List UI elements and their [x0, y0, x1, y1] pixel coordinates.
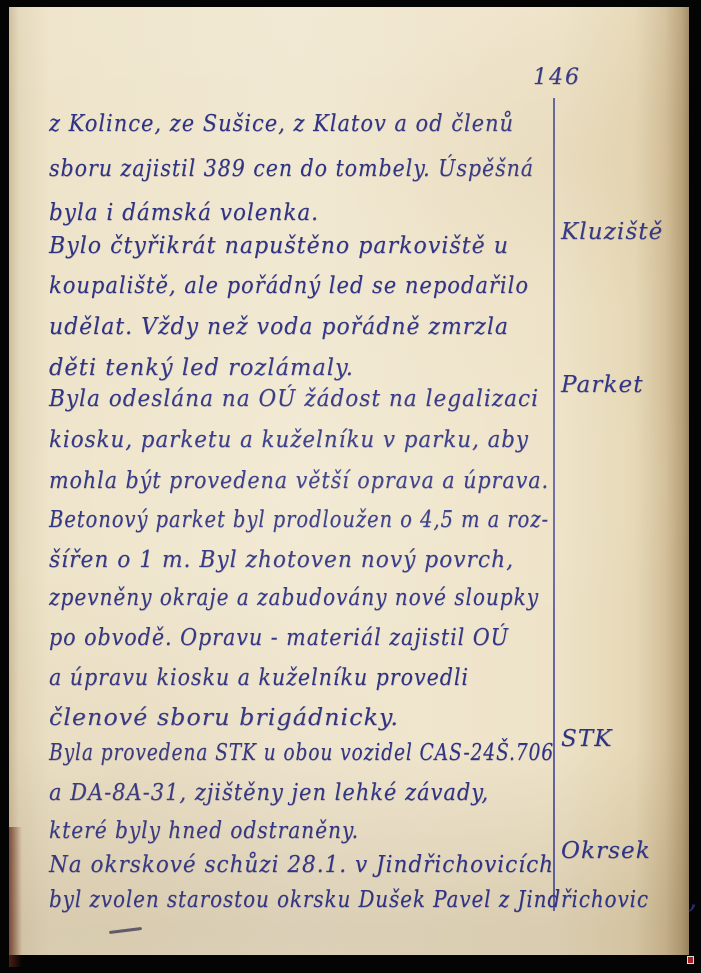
text-line: děti tenký led rozlámaly. — [49, 355, 362, 389]
margin-note: Parket — [561, 372, 644, 398]
text-line: Byla provedena STK u obou vozidel CAS-24… — [49, 740, 673, 774]
line-text: děti tenký led rozlámaly. — [49, 355, 354, 381]
line-text: a úpravu kiosku a kuželníku provedli — [49, 665, 469, 691]
handwritten-text: z Kolince, ze Sušice, z Klatov a od člen… — [9, 7, 689, 955]
text-line: byla i dámská volenka. — [49, 200, 339, 234]
line-text: koupaliště, ale pořádný led se nepodařil… — [49, 273, 529, 299]
text-line: Betonový parket byl prodloužen o 4,5 m a… — [49, 507, 638, 541]
line-text: a DA-8A-31, zjištěny jen lehké závady, — [49, 780, 489, 806]
text-line: Na okrskové schůzi 28.1. v Jindřichovicí… — [49, 852, 590, 886]
margin-note: Kluziště — [561, 219, 663, 245]
line-text: udělat. Vždy než voda pořádně zmrzla — [49, 314, 509, 340]
text-line: sboru zajistil 389 cen do tombely. Úspěš… — [49, 156, 593, 190]
text-line: a úpravu kiosku a kuželníku provedli — [49, 665, 519, 699]
text-line: které byly hned odstraněny. — [49, 818, 403, 852]
line-text: byla i dámská volenka. — [49, 200, 319, 226]
text-line: koupaliště, ale pořádný led se nepodařil… — [49, 273, 575, 307]
line-text: mohla být provedena větší oprava a úprav… — [49, 468, 549, 494]
line-text: které byly hned odstraněny. — [49, 818, 359, 844]
line-text: Betonový parket byl prodloužen o 4,5 m a… — [49, 507, 549, 533]
chronicle-page: 146 z Kolince, ze Sušice, z Klatov a od … — [9, 7, 689, 955]
pen-stroke-mark: , — [688, 881, 698, 916]
line-text: Byla odeslána na OÚ žádost na legalizaci — [49, 386, 539, 412]
line-text: členové sboru brigádnicky. — [49, 705, 399, 731]
scan-artifact — [687, 956, 694, 964]
text-line: z Kolince, ze Sušice, z Klatov a od člen… — [49, 111, 560, 145]
text-line: a DA-8A-31, zjištěny jen lehké závady, — [49, 780, 532, 814]
line-text: šířen o 1 m. Byl zhotoven nový povrch, — [49, 547, 514, 573]
text-line: Bylo čtyřikrát napuštěno parkoviště uKlu… — [49, 233, 530, 267]
line-text: Byla provedena STK u obou vozidel CAS-24… — [49, 740, 554, 766]
text-line: členové sboru brigádnicky. — [49, 705, 390, 739]
margin-note: Okrsek — [561, 838, 651, 864]
text-line: kiosku, parketu a kuželníku v parku, aby — [49, 427, 567, 461]
line-text: sboru zajistil 389 cen do tombely. Úspěš… — [49, 156, 534, 182]
line-text: Na okrskové schůzi 28.1. v Jindřichovicí… — [49, 852, 554, 878]
text-line: byl zvolen starostou okrsku Dušek Pavel … — [49, 887, 701, 921]
line-text: Bylo čtyřikrát napuštěno parkoviště u — [49, 233, 509, 259]
line-text: byl zvolen starostou okrsku Dušek Pavel … — [49, 887, 649, 913]
line-text: zpevněny okraje a zabudovány nové sloupk… — [49, 585, 539, 611]
line-text: po obvodě. Opravu - materiál zajistil OÚ — [49, 625, 509, 651]
text-line: Byla odeslána na OÚ žádost na legalizaci… — [49, 386, 572, 420]
text-line: mohla být provedena větší oprava a úprav… — [49, 468, 608, 502]
photo-frame: 146 z Kolince, ze Sušice, z Klatov a od … — [0, 0, 701, 973]
line-text: z Kolince, ze Sušice, z Klatov a od člen… — [49, 111, 514, 137]
line-text: kiosku, parketu a kuželníku v parku, aby — [49, 427, 529, 453]
text-line: zpevněny okraje a zabudovány nové sloupk… — [49, 585, 610, 619]
margin-note: STK — [561, 726, 613, 752]
text-line: šířen o 1 m. Byl zhotoven nový povrch, — [49, 547, 543, 581]
text-line: po obvodě. Opravu - materiál zajistil OÚ — [49, 625, 562, 659]
text-line: udělat. Vždy než voda pořádně zmrzla — [49, 314, 533, 348]
